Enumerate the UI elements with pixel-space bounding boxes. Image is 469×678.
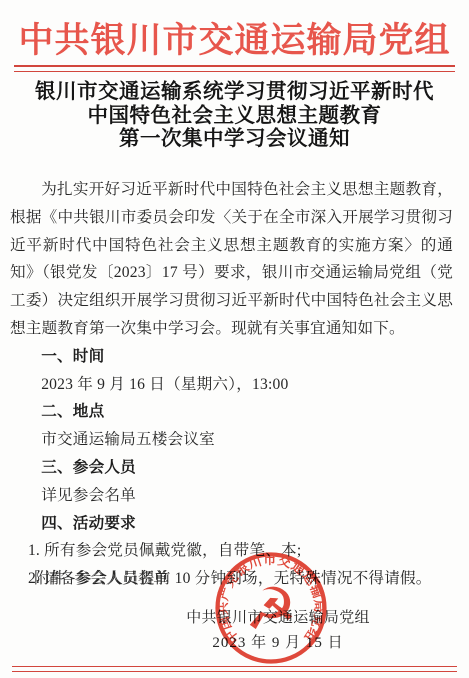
- section-content-time: 2023 年 9 月 16 日（星期六），13:00: [10, 371, 453, 399]
- notice-title-line-3: 第一次集中学习会议通知: [0, 128, 469, 152]
- section-heading-requirements: 四、活动要求: [10, 510, 453, 538]
- intro-paragraph: 为扎实开好习近平新时代中国特色社会主义思想主题教育，根据《中共银川市委员会印发〈…: [10, 176, 453, 343]
- letterhead-org-name: 中共银川市交通运输局党组: [0, 13, 469, 63]
- notice-document-page: 中共银川市交通运输局党组 银川市交通运输系统学习贯彻习近平新时代 中国特色社会主…: [0, 0, 469, 678]
- footer-rule-thin: [12, 666, 457, 667]
- notice-title-line-1: 银川市交通运输系统学习贯彻习近平新时代: [0, 81, 469, 105]
- notice-body: 为扎实开好习近平新时代中国特色社会主义思想主题教育，根据《中共银川市委员会印发〈…: [10, 176, 453, 593]
- hammer-sickle-icon: ☭: [245, 575, 297, 643]
- section-heading-attendees: 三、参会人员: [10, 454, 453, 482]
- notice-title-line-2: 中国特色社会主义思想主题教育: [0, 105, 469, 129]
- section-heading-time: 一、时间: [10, 343, 453, 371]
- letterhead-rule-thin: [14, 71, 455, 72]
- section-content-attendees: 详见参会名单: [10, 482, 453, 510]
- footer-rule-thick: [12, 671, 457, 673]
- section-content-place: 市交通运输局五楼会议室: [10, 426, 453, 454]
- attachment-line: 附件: 参会人员名单: [10, 566, 169, 588]
- notice-title: 银川市交通运输系统学习贯彻习近平新时代 中国特色社会主义思想主题教育 第一次集中…: [0, 81, 469, 152]
- section-heading-place: 二、地点: [10, 398, 453, 426]
- official-seal: 中国共产党银川市交通运输局党组 ☭: [213, 550, 329, 666]
- letterhead-rule-thick: [14, 65, 455, 67]
